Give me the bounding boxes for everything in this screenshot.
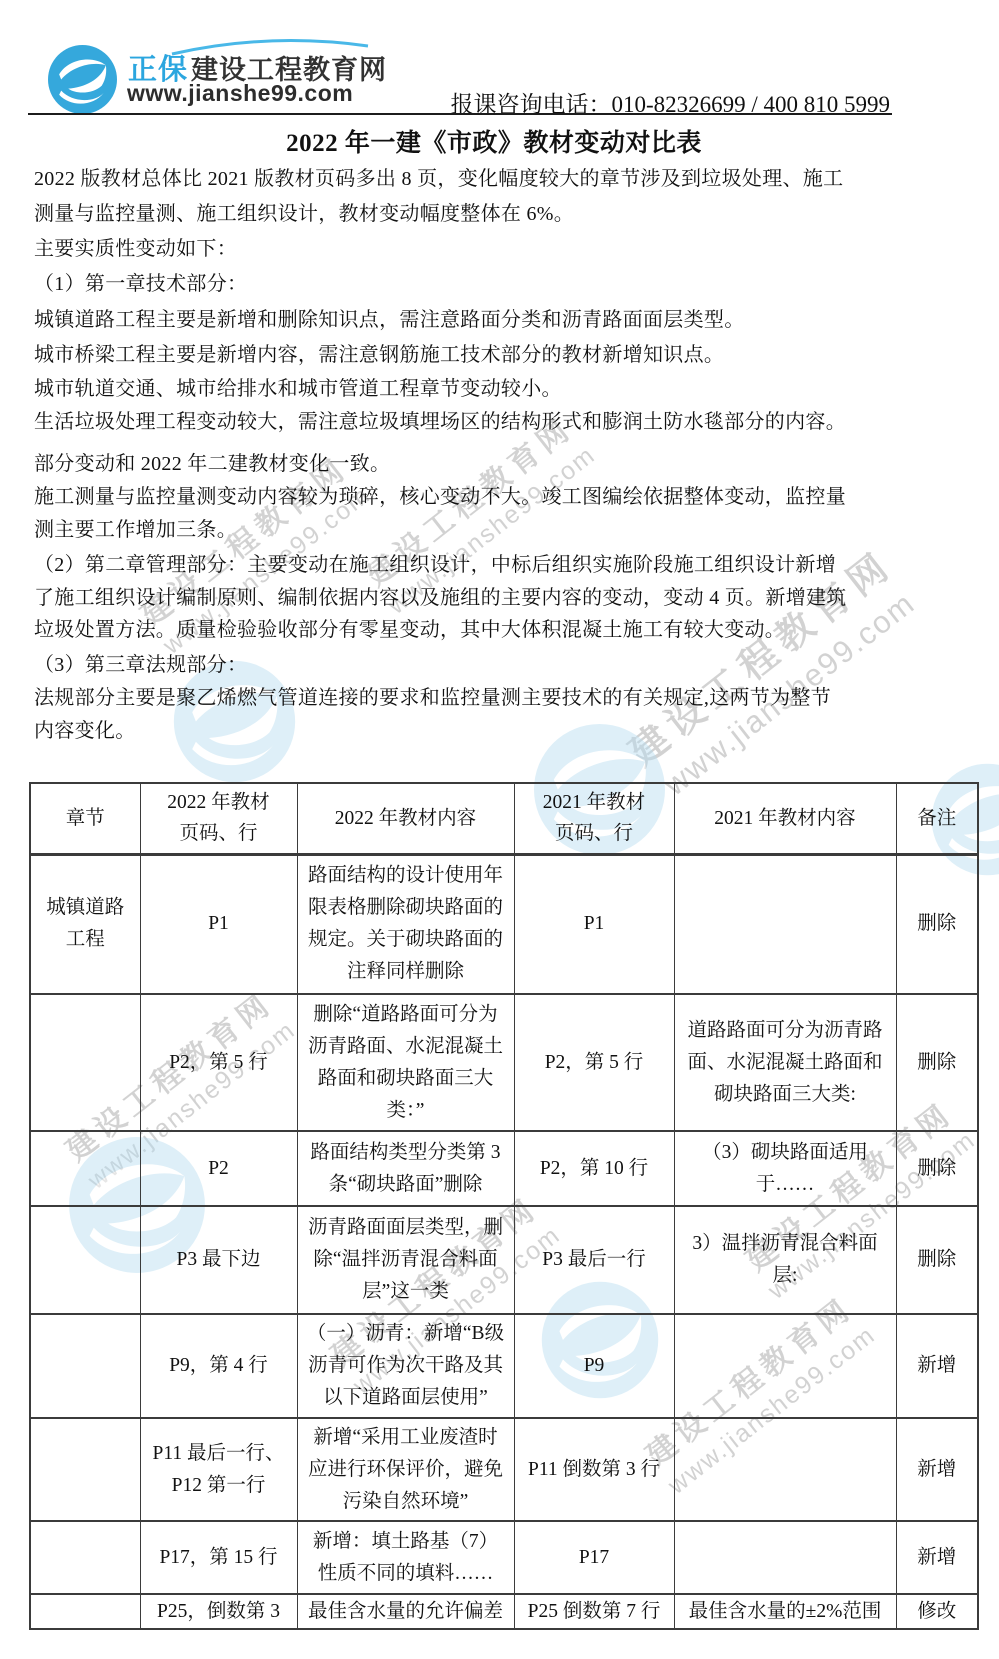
cell-p2022: P2: [140, 1131, 297, 1206]
cell-c2021: [674, 1521, 896, 1594]
cell-chapter: 城镇道路 工程: [30, 854, 140, 994]
cell-c2021: [674, 1314, 896, 1418]
cell-chapter: [30, 1521, 140, 1594]
cell-p2021: P1: [514, 854, 674, 994]
paragraph-line: 主要实质性变动如下：: [34, 232, 237, 261]
cell-note: 新增: [896, 1521, 978, 1594]
cell-c2022: 新增“采用工业废渣时应进行环保评价，避免污染自然环境”: [297, 1418, 514, 1521]
cell-p2021: P17: [514, 1521, 674, 1594]
paragraph-line: 城镇道路工程主要是新增和删除知识点，需注意路面分类和沥青路面面层类型。: [34, 303, 745, 332]
paragraph-line: 城市轨道交通、城市给排水和城市管道工程章节变动较小。: [34, 372, 562, 401]
paragraph-line: 了施工组织设计编制原则、编制依据内容以及施组的主要内容的变动，变动 4 页。新增…: [34, 581, 847, 610]
cell-c2022: 删除“道路路面可分为沥青路面、水泥混凝土路面和砌块路面三大类：”: [297, 994, 514, 1131]
table-row: P2 路面结构类型分类第 3 条“砌块路面”删除 P2，第 10 行 （3）砌块…: [30, 1131, 978, 1206]
table-row: P11 最后一行、 P12 第一行 新增“采用工业废渣时应进行环保评价，避免污染…: [30, 1418, 978, 1521]
cell-p2021: P9: [514, 1314, 674, 1418]
cell-chapter: [30, 1418, 140, 1521]
cell-note: 删除: [896, 854, 978, 994]
cell-p2021: P11 倒数第 3 行: [514, 1418, 674, 1521]
cell-chapter: [30, 1314, 140, 1418]
cell-c2021: （3）砌块路面适用于……: [674, 1131, 896, 1206]
table-row: P3 最下边 沥青路面面层类型，删除“温拌沥青混合料面层”这一类 P3 最后一行…: [30, 1206, 978, 1314]
paragraph-line: 城市桥梁工程主要是新增内容，需注意钢筋施工技术部分的教材新增知识点。: [34, 338, 724, 367]
paragraph-line: 部分变动和 2022 年二建教材变化一致。: [34, 447, 390, 476]
cell-note: 修改: [896, 1594, 978, 1629]
cell-chapter: [30, 1131, 140, 1206]
cell-c2021: [674, 854, 896, 994]
cell-p2021: P3 最后一行: [514, 1206, 674, 1314]
brand-url: www.jianshe99.com: [127, 80, 353, 107]
paragraph-line: 生活垃圾处理工程变动较大，需注意垃圾填埋场区的结构形式和膨润土防水毯部分的内容。: [34, 405, 846, 434]
paragraph-line: （2）第二章管理部分：主要变动在施工组织设计，中标后组织实施阶段施工组织设计新增: [34, 548, 836, 577]
cell-chapter: [30, 1594, 140, 1629]
cell-p2022: P11 最后一行、 P12 第一行: [140, 1418, 297, 1521]
cell-p2022: P9，第 4 行: [140, 1314, 297, 1418]
page-title: 2022 年一建《市政》教材变动对比表: [28, 123, 960, 159]
table-row: 城镇道路 工程 P1 路面结构的设计使用年限表格删除砌块路面的规定。关于砌块路面…: [30, 854, 978, 994]
cell-c2022: 新增：填土路基（7）性质不同的填料……: [297, 1521, 514, 1594]
cell-c2021: 3）温拌沥青混合料面层:: [674, 1206, 896, 1314]
paragraph-line: 内容变化。: [34, 714, 136, 743]
table-row: P17，第 15 行 新增：填土路基（7）性质不同的填料…… P17 新增: [30, 1521, 978, 1594]
cell-p2022: P1: [140, 854, 297, 994]
paragraph-line: 测主要工作增加三条。: [34, 513, 237, 542]
cell-c2021: 道路路面可分为沥青路面、水泥混凝土路面和砌块路面三大类:: [674, 994, 896, 1131]
cell-c2021: [674, 1418, 896, 1521]
header-cell-p2021: 2021 年教材 页码、行: [514, 783, 674, 854]
logo-icon: [48, 45, 117, 114]
cell-p2022: P25，倒数第 3: [140, 1594, 297, 1629]
cell-chapter: [30, 1206, 140, 1314]
content-layer: 正保建设工程教育网 www.jianshe99.com 报课咨询电话：010-8…: [0, 0, 999, 1659]
cell-c2022: 路面结构类型分类第 3 条“砌块路面”删除: [297, 1131, 514, 1206]
cell-note: 删除: [896, 1206, 978, 1314]
cell-note: 删除: [896, 1131, 978, 1206]
header-divider: [28, 113, 892, 115]
cell-c2022: 沥青路面面层类型，删除“温拌沥青混合料面层”这一类: [297, 1206, 514, 1314]
cell-c2022: （一）沥青：新增“B级沥青可作为次干路及其以下道路面层使用”: [297, 1314, 514, 1418]
cell-p2022: P2，第 5 行: [140, 994, 297, 1131]
header-cell-c2022: 2022 年教材内容: [297, 783, 514, 854]
paragraph-line: （1）第一章技术部分：: [34, 267, 247, 296]
cell-note: 新增: [896, 1314, 978, 1418]
paragraph-line: 2022 版教材总体比 2021 版教材页码多出 8 页，变化幅度较大的章节涉及…: [34, 162, 843, 191]
cell-c2022: 路面结构的设计使用年限表格删除砌块路面的规定。关于砌块路面的注释同样删除: [297, 854, 514, 994]
cell-p2021: P2，第 10 行: [514, 1131, 674, 1206]
table-row: P2，第 5 行 删除“道路路面可分为沥青路面、水泥混凝土路面和砌块路面三大类：…: [30, 994, 978, 1131]
cell-note: 新增: [896, 1418, 978, 1521]
paragraph-line: （3）第三章法规部分：: [34, 648, 247, 677]
cell-chapter: [30, 994, 140, 1131]
header-cell-p2022: 2022 年教材 页码、行: [140, 783, 297, 854]
table-row: P25，倒数第 3 最佳含水量的允许偏差 P25 倒数第 7 行 最佳含水量的±…: [30, 1594, 978, 1629]
cell-p2022: P3 最下边: [140, 1206, 297, 1314]
cell-note: 删除: [896, 994, 978, 1131]
paragraph-line: 法规部分主要是聚乙烯燃气管道连接的要求和监控量测主要技术的有关规定,这两节为整节: [34, 681, 831, 710]
paragraph-line: 垃圾处置方法。质量检验验收部分有零星变动，其中大体积混凝土施工有较大变动。: [34, 613, 785, 642]
table-row: P9，第 4 行 （一）沥青：新增“B级沥青可作为次干路及其以下道路面层使用” …: [30, 1314, 978, 1418]
header-cell-c2021: 2021 年教材内容: [674, 783, 896, 854]
cell-p2022: P17，第 15 行: [140, 1521, 297, 1594]
header-cell-note: 备注: [896, 783, 978, 854]
cell-c2022: 最佳含水量的允许偏差: [297, 1594, 514, 1629]
paragraph-line: 测量与监控量测、施工组织设计，教材变动幅度整体在 6%。: [34, 197, 574, 226]
cell-p2021: P2，第 5 行: [514, 994, 674, 1131]
cell-p2021: P25 倒数第 7 行: [514, 1594, 674, 1629]
cell-c2021: 最佳含水量的±2%范围: [674, 1594, 896, 1629]
comparison-table: 章节 2022 年教材 页码、行 2022 年教材内容 2021 年教材 页码、…: [29, 782, 979, 1630]
paragraph-line: 施工测量与监控量测变动内容较为琐碎，核心变动不大。竣工图编绘依据整体变动，监控量: [34, 480, 846, 509]
table-header-row: 章节 2022 年教材 页码、行 2022 年教材内容 2021 年教材 页码、…: [30, 783, 978, 854]
header-cell-chapter: 章节: [30, 783, 140, 854]
document-page: 建设工程教育网 www.jianshe99.com 建设工程教育网 www.ji…: [0, 0, 999, 1659]
